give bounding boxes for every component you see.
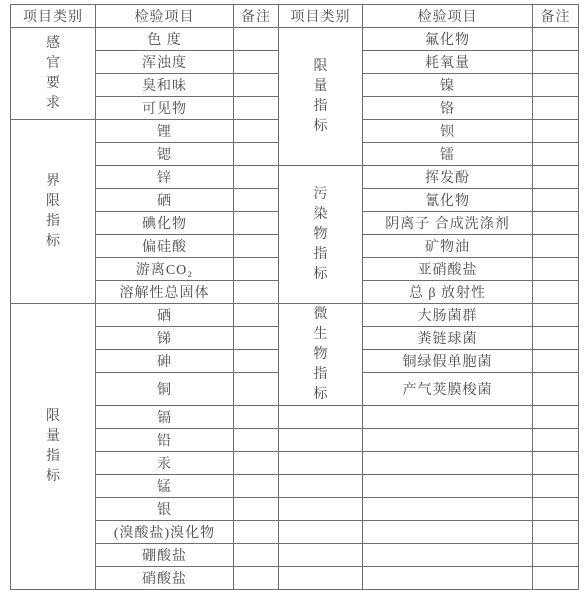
right-category-cell [279,498,363,521]
left-note-cell [234,327,279,350]
right-note-cell [533,74,579,97]
left-item-cell: 铜 [96,373,234,406]
left-note-cell [234,475,279,498]
right-category-cell [279,429,363,452]
right-note-cell [533,544,579,567]
right-item-cell [363,452,533,475]
left-note-cell [234,521,279,544]
left-item-cell: 锶 [96,143,234,166]
table-row: 限 量 指 标硒微 生 物 指 标大肠菌群 [11,304,579,327]
header-row: 项目类别 检验项目 备注 项目类别 检验项目 备注 [11,5,579,28]
right-category-cell [279,475,363,498]
right-item-cell: 阴离子 合成洗涤剂 [363,212,533,235]
left-item-cell: 可见物 [96,97,234,120]
left-item-cell: 锂 [96,120,234,143]
left-note-cell [234,166,279,189]
right-item-cell: 钡 [363,120,533,143]
left-item-cell: 锰 [96,475,234,498]
table-row: 硝酸盐 [11,567,579,590]
right-item-cell [363,567,533,590]
left-note-cell [234,304,279,327]
right-item-cell [363,475,533,498]
right-note-cell [533,51,579,74]
right-note-cell [533,350,579,373]
category-label: 界 限 指 标 [11,172,95,252]
right-item-cell [363,521,533,544]
left-note-cell [234,373,279,406]
right-note-cell [533,475,579,498]
right-item-cell: 耗氧量 [363,51,533,74]
right-item-cell [363,429,533,452]
category-label: 限 量 指 标 [11,407,95,487]
left-item-cell: 硝酸盐 [96,567,234,590]
left-note-cell [234,212,279,235]
right-category-cell [279,567,363,590]
right-note-cell [533,521,579,544]
left-item-cell: (溴酸盐)溴化物 [96,521,234,544]
table-row: 锌污 染 物 指 标挥发酚 [11,166,579,189]
left-note-cell [234,350,279,373]
right-note-cell [533,327,579,350]
right-note-cell [533,281,579,304]
header-note-right: 备注 [533,5,579,28]
left-item-cell: 锑 [96,327,234,350]
left-item-cell: 汞 [96,452,234,475]
right-item-cell: 铜绿假单胞菌 [363,350,533,373]
right-note-cell [533,429,579,452]
left-note-cell [234,452,279,475]
right-category-cell: 污 染 物 指 标 [279,166,363,304]
right-note-cell [533,373,579,406]
right-note-cell [533,406,579,429]
left-item-cell: 硒 [96,189,234,212]
right-item-cell: 矿物油 [363,235,533,258]
right-item-cell: 粪链球菌 [363,327,533,350]
left-item-cell: 硼酸盐 [96,544,234,567]
right-note-cell [533,143,579,166]
left-item-cell: 镉 [96,406,234,429]
table-row: 感 官 要 求色 度限 量 指 标氟化物 [11,28,579,51]
right-item-cell: 亚硝酸盐 [363,258,533,281]
right-category-cell [279,521,363,544]
left-category-cell: 限 量 指 标 [11,304,96,590]
right-item-cell: 镭 [363,143,533,166]
left-item-cell: 碘化物 [96,212,234,235]
right-item-cell: 氟化物 [363,28,533,51]
table-header: 项目类别 检验项目 备注 项目类别 检验项目 备注 [11,5,579,28]
header-item-left: 检验项目 [96,5,234,28]
left-item-cell: 偏硅酸 [96,235,234,258]
table-row: 锰 [11,475,579,498]
right-note-cell [533,258,579,281]
table-row: 硼酸盐 [11,544,579,567]
left-note-cell [234,258,279,281]
right-item-cell [363,544,533,567]
page: 项目类别 检验项目 备注 项目类别 检验项目 备注 感 官 要 求色 度限 量 … [0,0,585,602]
left-item-cell: 砷 [96,350,234,373]
left-category-cell: 界 限 指 标 [11,120,96,304]
right-item-cell [363,498,533,521]
left-item-cell: 银 [96,498,234,521]
right-item-cell: 产气荚膜梭菌 [363,373,533,406]
right-item-cell: 大肠菌群 [363,304,533,327]
right-note-cell [533,212,579,235]
left-note-cell [234,498,279,521]
table-row: 汞 [11,452,579,475]
left-note-cell [234,544,279,567]
left-note-cell [234,189,279,212]
left-note-cell [234,429,279,452]
left-item-cell: 溶解性总固体 [96,281,234,304]
table-row: 铅 [11,429,579,452]
table-body: 感 官 要 求色 度限 量 指 标氟化物浑浊度耗氧量臭和味镍可见物铬界 限 指 … [11,28,579,590]
right-note-cell [533,567,579,590]
right-note-cell [533,189,579,212]
header-category-right: 项目类别 [279,5,363,28]
right-category-cell: 限 量 指 标 [279,28,363,166]
right-item-cell: 铬 [363,97,533,120]
left-note-cell [234,143,279,166]
right-note-cell [533,498,579,521]
left-item-cell: 浑浊度 [96,51,234,74]
left-note-cell [234,74,279,97]
left-note-cell [234,235,279,258]
left-note-cell [234,51,279,74]
right-category-cell: 微 生 物 指 标 [279,304,363,406]
table-row: 镉 [11,406,579,429]
left-note-cell [234,97,279,120]
right-note-cell [533,120,579,143]
left-item-cell: 锌 [96,166,234,189]
category-label: 污 染 物 指 标 [279,185,362,285]
left-item-cell: 臭和味 [96,74,234,97]
left-item-cell: 硒 [96,304,234,327]
category-label: 限 量 指 标 [279,57,362,137]
left-item-cell: 色 度 [96,28,234,51]
right-item-cell: 镍 [363,74,533,97]
left-item-cell: 游离CO₂ [96,258,234,281]
right-note-cell [533,304,579,327]
right-note-cell [533,97,579,120]
right-item-cell: 总 β 放射性 [363,281,533,304]
left-note-cell [234,567,279,590]
header-item-right: 检验项目 [363,5,533,28]
right-category-cell [279,544,363,567]
category-label: 微 生 物 指 标 [279,305,362,405]
left-note-cell [234,120,279,143]
right-note-cell [533,166,579,189]
left-note-cell [234,28,279,51]
left-item-cell: 铅 [96,429,234,452]
header-category-left: 项目类别 [11,5,96,28]
inspection-items-table: 项目类别 检验项目 备注 项目类别 检验项目 备注 感 官 要 求色 度限 量 … [10,4,579,590]
category-label: 感 官 要 求 [11,34,95,114]
header-note-left: 备注 [234,5,279,28]
left-note-cell [234,406,279,429]
right-note-cell [533,235,579,258]
right-item-cell: 挥发酚 [363,166,533,189]
right-category-cell [279,406,363,429]
right-category-cell [279,452,363,475]
left-category-cell: 感 官 要 求 [11,28,96,120]
table-row: (溴酸盐)溴化物 [11,521,579,544]
right-note-cell [533,452,579,475]
right-note-cell [533,28,579,51]
table-row: 银 [11,498,579,521]
left-note-cell [234,281,279,304]
right-item-cell: 氰化物 [363,189,533,212]
right-item-cell [363,406,533,429]
